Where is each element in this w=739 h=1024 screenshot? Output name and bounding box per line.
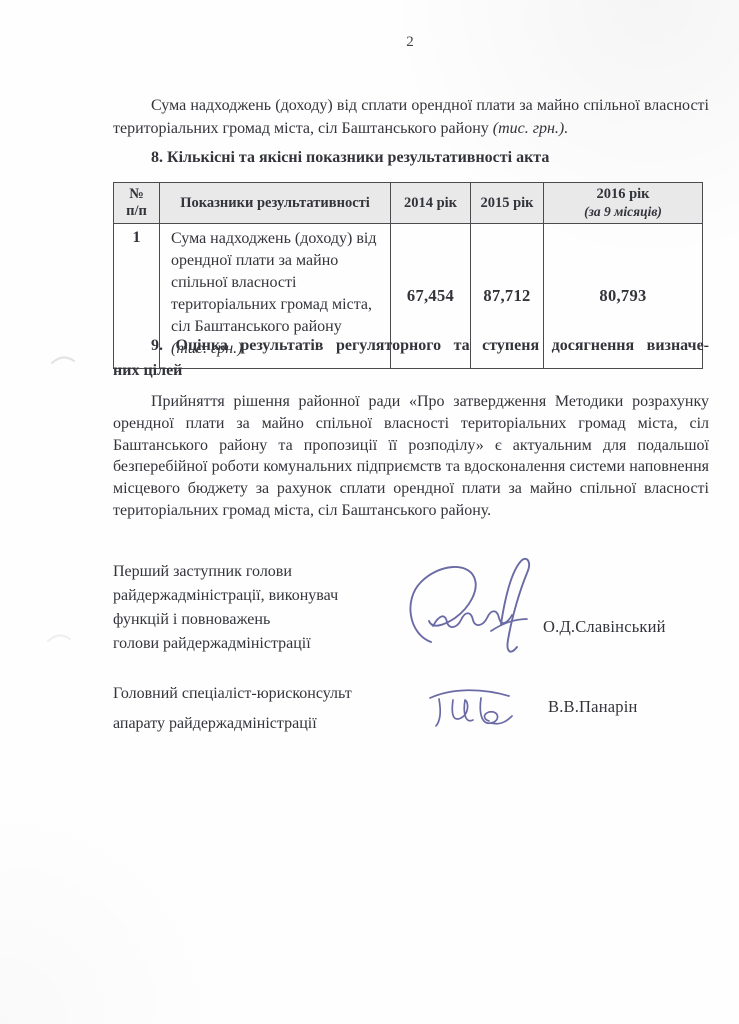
col-header-2014: 2014 рік — [391, 183, 471, 224]
col-header-indicator: Показники результативності — [160, 183, 391, 224]
signatory-1-title-line: голови райдержадміністрації — [113, 632, 423, 656]
section-9-paragraph: Прийняття рішення районної ради «Про зат… — [113, 391, 709, 522]
col-header-2015: 2015 рік — [471, 183, 544, 224]
signature-1-ink — [403, 554, 553, 666]
intro-text: Сума надходжень (доходу) від сплати орен… — [113, 97, 709, 137]
intro-note: (тис. грн.). — [493, 120, 569, 137]
intro-paragraph: Сума надходжень (доходу) від сплати орен… — [113, 95, 709, 140]
signatory-2-name: В.В.Панарін — [548, 697, 638, 717]
scan-artifact-arc — [50, 352, 76, 366]
document-page: 2 Сума надходжень (доходу) від сплати ор… — [0, 0, 739, 1024]
signatory-1-title-line: райдержадміністрації, виконувач — [113, 584, 423, 608]
scan-artifact-arc — [46, 630, 72, 644]
col-header-number: №п/п — [114, 183, 160, 224]
signatory-1-title-line: функцій і повноважень — [113, 608, 423, 632]
signatory-2-title-line: Головний спеціаліст-юрисконсульт — [113, 679, 423, 709]
section-9-heading-line1: 9. Оцінка результатів регуляторного та с… — [113, 334, 709, 359]
signatory-1-name: О.Д.Славінський — [543, 617, 666, 637]
section-9-heading: 9. Оцінка результатів регуляторного та с… — [113, 334, 709, 383]
signatory-1-title: Перший заступник голови райдержадміністр… — [113, 560, 423, 656]
col-header-2016: 2016 рік(за 9 місяців) — [544, 183, 703, 224]
page-number: 2 — [113, 34, 707, 51]
signatory-1-title-line: Перший заступник голови — [113, 560, 423, 584]
table-header-row: №п/п Показники результативності 2014 рік… — [114, 183, 703, 224]
signatory-2-title-line: апарату райдержадміністрації — [113, 709, 423, 739]
section-8-heading: 8. Кількісні та якісні показники результ… — [113, 149, 707, 167]
signature-2-ink — [424, 684, 516, 742]
section-9-heading-line2: них цілей — [113, 359, 709, 384]
signatory-2-title: Головний спеціаліст-юрисконсульт апарату… — [113, 679, 423, 739]
